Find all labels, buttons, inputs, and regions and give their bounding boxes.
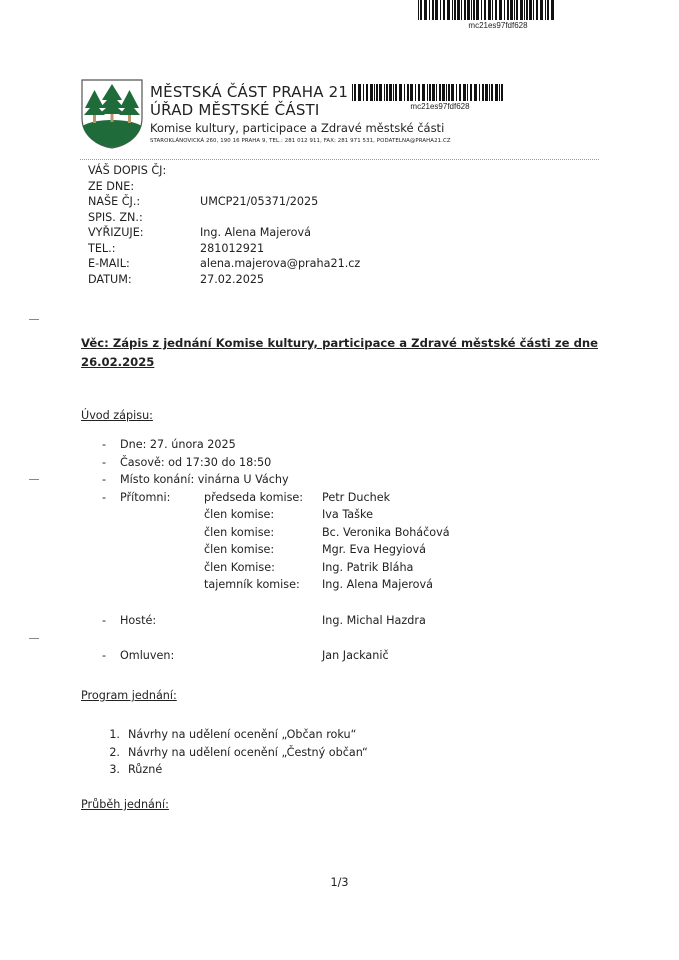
- progress-heading: Průběh jednání:: [81, 798, 169, 811]
- top-barcode: [418, 0, 578, 20]
- present-member: -člen komise:Mgr. Eva Hegyiová: [100, 541, 450, 559]
- present-label: [120, 576, 204, 594]
- list-dash: -: [100, 647, 108, 665]
- top-barcode-code: mc21es97fdf628: [418, 21, 578, 30]
- present-label: Přítomni:: [120, 489, 204, 507]
- program-item-text: Návrhy na udělení ocenění „Čestný občan“: [128, 744, 368, 762]
- list-dash: -: [100, 436, 108, 454]
- member-name: Ing. Patrik Bláha: [322, 559, 413, 577]
- guest-name: Ing. Michal Hazdra: [322, 612, 426, 630]
- member-name: Ing. Alena Majerová: [322, 576, 433, 594]
- list-dash: -: [100, 454, 108, 472]
- present-member: -člen komise:Bc. Veronika Boháčová: [100, 524, 450, 542]
- present-member: -člen komise:Iva Taške: [100, 506, 450, 524]
- reference-value: Ing. Alena Majerová: [200, 225, 311, 241]
- program-item-number: 3.: [100, 761, 120, 779]
- reference-label: DATUM:: [88, 272, 200, 288]
- intro-list: -Dne: 27. února 2025-Časově: od 17:30 do…: [100, 436, 450, 665]
- member-name: Bc. Veronika Boháčová: [322, 524, 450, 542]
- excused-name: Jan Jackanič: [322, 647, 389, 665]
- excused-label: Omluven:: [120, 647, 322, 665]
- three-trees-icon: [80, 78, 144, 150]
- reference-value: 27.02.2025: [200, 272, 264, 288]
- program-item-text: Různé: [128, 761, 162, 779]
- margin-fold-mark: [29, 638, 39, 639]
- member-role: člen komise:: [204, 506, 322, 524]
- reference-row: NAŠE ČJ.:UMCP21/05371/2025: [88, 194, 360, 210]
- excused-row: -Omluven:Jan Jackanič: [100, 647, 450, 665]
- subject-line: Věc: Zápis z jednání Komise kultury, par…: [81, 334, 598, 372]
- intro-item: -Dne: 27. února 2025: [100, 436, 450, 454]
- reference-row: E-MAIL:alena.majerova@praha21.cz: [88, 256, 360, 272]
- margin-fold-mark: [29, 319, 39, 320]
- coat-of-arms-logo: [80, 78, 144, 150]
- reference-row: ZE DNE:: [88, 179, 360, 195]
- intro-item-text: Časově: od 17:30 do 18:50: [120, 454, 271, 472]
- guests-row: -Hosté:Ing. Michal Hazdra: [100, 612, 450, 630]
- member-name: Petr Duchek: [322, 489, 390, 507]
- member-name: Iva Taške: [322, 506, 373, 524]
- present-label: [120, 506, 204, 524]
- program-item: 2.Návrhy na udělení ocenění „Čestný obča…: [100, 744, 368, 762]
- reference-label: ZE DNE:: [88, 179, 200, 195]
- member-role: člen komise:: [204, 524, 322, 542]
- member-role: předseda komise:: [204, 489, 322, 507]
- reference-label: SPIS. ZN.:: [88, 210, 200, 226]
- program-item: 3.Různé: [100, 761, 368, 779]
- reference-value: 281012921: [200, 241, 264, 257]
- reference-label: NAŠE ČJ.:: [88, 194, 200, 210]
- reference-row: DATUM:27.02.2025: [88, 272, 360, 288]
- reference-row: TEL.:281012921: [88, 241, 360, 257]
- present-label: [120, 559, 204, 577]
- reference-label: VYŘIZUJE:: [88, 225, 200, 241]
- reference-value: UMCP21/05371/2025: [200, 194, 318, 210]
- member-role: tajemník komise:: [204, 576, 322, 594]
- reference-row: SPIS. ZN.:: [88, 210, 360, 226]
- reference-row: VÁŠ DOPIS ČJ:: [88, 163, 360, 179]
- list-dash: -: [100, 471, 108, 489]
- member-role: člen Komise:: [204, 559, 322, 577]
- program-item-text: Návrhy na udělení ocenění „Občan roku“: [128, 726, 356, 744]
- reference-block: VÁŠ DOPIS ČJ:ZE DNE:NAŠE ČJ.:UMCP21/0537…: [88, 163, 360, 287]
- page-number: 1/3: [0, 874, 679, 892]
- reference-label: TEL.:: [88, 241, 200, 257]
- letterhead-divider: [80, 159, 599, 160]
- intro-item: -Časově: od 17:30 do 18:50: [100, 454, 450, 472]
- present-member: -tajemník komise:Ing. Alena Majerová: [100, 576, 450, 594]
- list-dash: -: [100, 489, 108, 507]
- reference-value: alena.majerova@praha21.cz: [200, 256, 360, 272]
- letterhead-line2: ÚŘAD MĚSTSKÉ ČÁSTI: [150, 101, 320, 119]
- reference-row: VYŘIZUJE:Ing. Alena Majerová: [88, 225, 360, 241]
- present-member: -člen Komise:Ing. Patrik Bláha: [100, 559, 450, 577]
- intro-heading: Úvod zápisu:: [81, 409, 153, 422]
- intro-item-text: Místo konání: vinárna U Váchy: [120, 471, 289, 489]
- program-item: 1.Návrhy na udělení ocenění „Občan roku“: [100, 726, 368, 744]
- present-member: -Přítomni:předseda komise:Petr Duchek: [100, 489, 450, 507]
- guests-label: Hosté:: [120, 612, 322, 630]
- intro-item: -Místo konání: vinárna U Váchy: [100, 471, 450, 489]
- letterhead-address: STAROKLÁNOVICKÁ 260, 190 16 PRAHA 9, TEL…: [150, 137, 451, 145]
- program-item-number: 2.: [100, 744, 120, 762]
- present-label: [120, 541, 204, 559]
- program-item-number: 1.: [100, 726, 120, 744]
- member-name: Mgr. Eva Hegyiová: [322, 541, 426, 559]
- program-list: 1.Návrhy na udělení ocenění „Občan roku“…: [100, 726, 368, 779]
- letterhead-barcode-code: mc21es97fdf628: [352, 102, 528, 111]
- program-heading: Program jednání:: [81, 689, 177, 702]
- reference-label: E-MAIL:: [88, 256, 200, 272]
- present-label: [120, 524, 204, 542]
- margin-fold-mark: [29, 479, 39, 480]
- member-role: člen komise:: [204, 541, 322, 559]
- list-dash: -: [100, 612, 108, 630]
- letterhead-line1: MĚSTSKÁ ČÁST PRAHA 21: [150, 83, 348, 101]
- intro-item-text: Dne: 27. února 2025: [120, 436, 236, 454]
- letterhead-department: Komise kultury, participace a Zdravé měs…: [150, 121, 444, 135]
- reference-label: VÁŠ DOPIS ČJ:: [88, 163, 200, 179]
- letterhead-barcode: [352, 84, 528, 101]
